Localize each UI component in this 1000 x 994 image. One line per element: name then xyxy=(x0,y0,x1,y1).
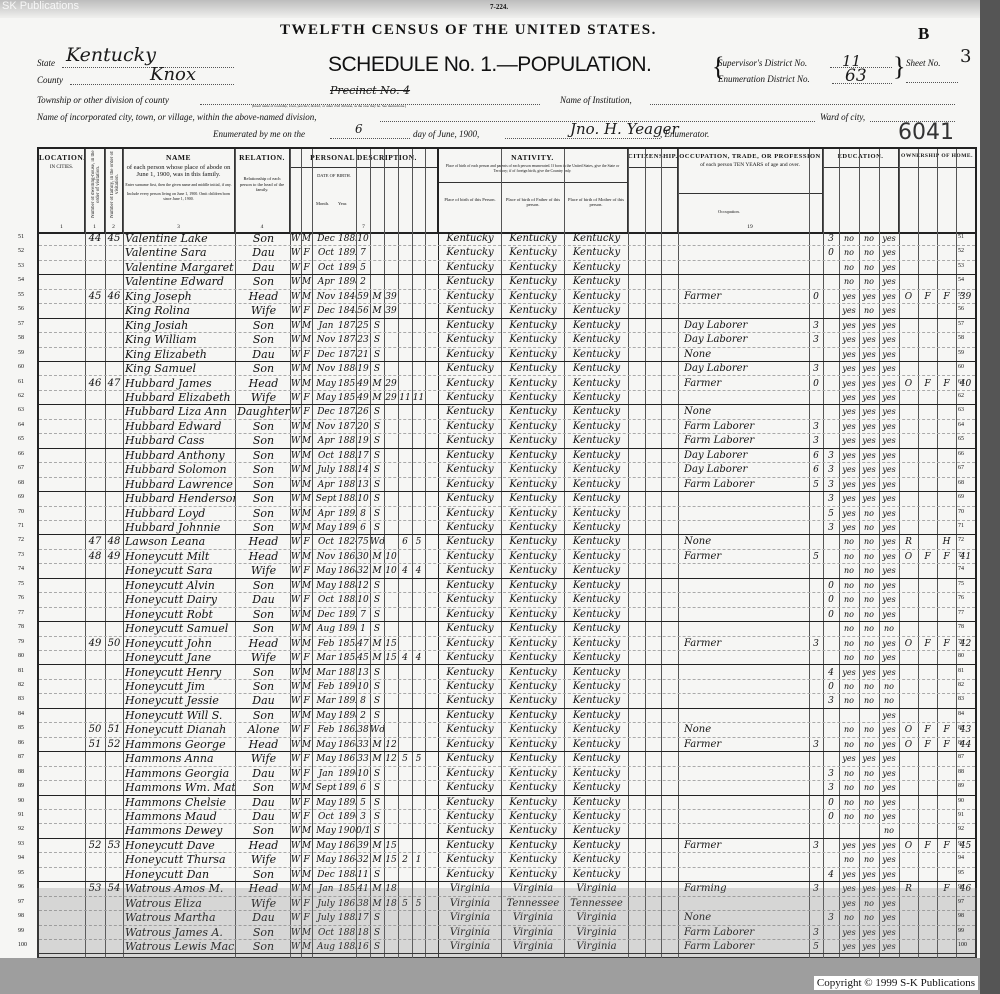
cell-unemp: 3 xyxy=(809,434,823,447)
cell-ym: 15 xyxy=(384,637,398,650)
table-row: Hammons MaudDauWFOct18963SKentuckyKentuc… xyxy=(39,810,975,824)
cell-free: F xyxy=(918,839,937,852)
cell-month: Nov xyxy=(313,550,339,563)
cell-school xyxy=(823,261,839,274)
cell-pobf: Kentucky xyxy=(502,796,564,809)
cell-dwelling xyxy=(85,911,105,924)
cell-age: 1 xyxy=(356,622,370,635)
cell-mo xyxy=(398,275,412,288)
cell-occ: None xyxy=(684,723,809,736)
cell-relation: Son xyxy=(237,579,290,592)
line-number: 83 xyxy=(18,696,24,702)
cell-read: no xyxy=(839,738,859,751)
line-number: 94 xyxy=(18,855,24,861)
cell-pobf: Kentucky xyxy=(502,521,564,534)
cell-occ xyxy=(684,680,809,693)
cell-free xyxy=(918,926,937,939)
cell-pob: Kentucky xyxy=(439,420,501,433)
cell-farm xyxy=(937,434,956,447)
cell-color: W xyxy=(290,521,301,534)
cell-school xyxy=(823,304,839,317)
cell-marital: M xyxy=(370,738,384,751)
cell-occ xyxy=(684,246,809,259)
cell-age: 5 xyxy=(356,796,370,809)
cell-occ xyxy=(684,897,809,910)
cell-month: Oct xyxy=(313,261,339,274)
cell-name: Hammons Chelsie xyxy=(125,796,235,809)
cell-read: yes xyxy=(839,348,859,361)
cell-pobf: Virginia xyxy=(502,882,564,895)
cell-farm xyxy=(937,781,956,794)
col-number: 1 xyxy=(39,224,84,230)
cell-marital xyxy=(370,261,384,274)
occupation-col-heading: Occupation. xyxy=(718,209,740,214)
cell-month: Apr xyxy=(313,478,339,491)
cell-read: yes xyxy=(839,362,859,375)
cell-marital: S xyxy=(370,608,384,621)
cell-dwelling: 48 xyxy=(85,550,105,563)
cell-read: no xyxy=(839,550,859,563)
cell-ym xyxy=(384,261,398,274)
cell-name: Honeycutt Jane xyxy=(125,651,235,664)
cell-write: no xyxy=(859,275,879,288)
cell-dwelling xyxy=(85,275,105,288)
cell-sex: M xyxy=(301,579,312,592)
cell-dwelling xyxy=(85,319,105,332)
line-number: 96 xyxy=(18,884,24,890)
cell-color: W xyxy=(290,463,301,476)
table-row: 4445Valentine LakeSonWMDec188910Kentucky… xyxy=(39,232,975,246)
cell-month: Jan xyxy=(313,882,339,895)
cell-cl xyxy=(412,579,425,592)
sheet-label: Sheet No. xyxy=(906,58,941,68)
cell-cl xyxy=(412,521,425,534)
cell-pobf: Virginia xyxy=(502,940,564,953)
cell-month: Dec xyxy=(313,304,339,317)
cell-pob: Kentucky xyxy=(439,824,501,837)
cell-school: 0 xyxy=(823,246,839,259)
cell-age: 21 xyxy=(356,348,370,361)
cell-read: yes xyxy=(839,507,859,520)
table-row: Hubbard ElizabethWifeWFMay185149M291111K… xyxy=(39,391,975,405)
cell-own xyxy=(899,463,918,476)
cell-pob: Kentucky xyxy=(439,868,501,881)
cell-pob: Kentucky xyxy=(439,304,501,317)
cell-farm xyxy=(937,911,956,924)
cell-name: Honeycutt Robt xyxy=(125,608,235,621)
cell-color: W xyxy=(290,507,301,520)
cell-pob: Kentucky xyxy=(439,319,501,332)
cell-pob: Kentucky xyxy=(439,608,501,621)
cell-age: 23 xyxy=(356,333,370,346)
cell-pobm: Kentucky xyxy=(565,275,628,288)
cell-marital: S xyxy=(370,680,384,693)
cell-free xyxy=(918,796,937,809)
cell-relation: Head xyxy=(237,637,290,650)
cell-eng: no xyxy=(879,622,899,635)
line-number: 54 xyxy=(18,277,24,283)
cell-dwelling xyxy=(85,853,105,866)
cell-occ xyxy=(684,651,809,664)
cell-family xyxy=(105,926,123,939)
cell-marital: S xyxy=(370,319,384,332)
cell-month: May xyxy=(313,824,339,837)
cell-unemp xyxy=(809,521,823,534)
line-number: 74 xyxy=(18,566,24,572)
line-number: 63 xyxy=(958,407,964,413)
cell-relation: Wife xyxy=(237,391,290,404)
cell-color: W xyxy=(290,319,301,332)
cell-write: no xyxy=(859,680,879,693)
cell-age: 10 xyxy=(356,232,370,245)
cell-family xyxy=(105,651,123,664)
cell-relation: Son xyxy=(237,868,290,881)
cell-sex: M xyxy=(301,478,312,491)
cell-free xyxy=(918,478,937,491)
cell-pob: Kentucky xyxy=(439,405,501,418)
line-number: 90 xyxy=(18,798,24,804)
cell-year: 1892 xyxy=(338,608,356,621)
cell-name: Hammons Wm. Matt xyxy=(125,781,235,794)
cell-cl: 5 xyxy=(412,535,425,548)
cell-month: Sept xyxy=(313,781,339,794)
cell-free xyxy=(918,608,937,621)
cell-read: no xyxy=(839,579,859,592)
cell-marital: M xyxy=(370,752,384,765)
cell-pob: Kentucky xyxy=(439,521,501,534)
cell-family xyxy=(105,796,123,809)
cell-occ: None xyxy=(684,348,809,361)
cell-own xyxy=(899,752,918,765)
cell-name: Honeycutt Milt xyxy=(125,550,235,563)
cell-month: May xyxy=(313,752,339,765)
cell-pobm: Kentucky xyxy=(565,564,628,577)
cell-dwelling: 52 xyxy=(85,839,105,852)
cell-occ: None xyxy=(684,535,809,548)
cell-cl xyxy=(412,420,425,433)
cell-write xyxy=(859,709,879,722)
cell-color: W xyxy=(290,608,301,621)
cell-read: no xyxy=(839,767,859,780)
cell-free xyxy=(918,752,937,765)
cell-read: yes xyxy=(839,666,859,679)
cell-year: 1873 xyxy=(338,405,356,418)
cell-eng: yes xyxy=(879,723,899,736)
cell-year: 1890 xyxy=(338,680,356,693)
cell-unemp xyxy=(809,853,823,866)
cell-farm xyxy=(937,752,956,765)
cell-ym xyxy=(384,507,398,520)
cell-marital: S xyxy=(370,926,384,939)
cell-eng: no xyxy=(879,680,899,693)
occupation-subheading: of each person TEN YEARS of age and over… xyxy=(678,160,822,171)
cell-free xyxy=(918,275,937,288)
cell-sex: M xyxy=(301,521,312,534)
cell-year: 1859 xyxy=(338,882,356,895)
cell-color: W xyxy=(290,535,301,548)
cell-write: no xyxy=(859,781,879,794)
cell-year: 1894 xyxy=(338,261,356,274)
cell-school: 3 xyxy=(823,694,839,707)
cell-own xyxy=(899,507,918,520)
cell-month: May xyxy=(313,377,339,390)
cell-school: 4 xyxy=(823,666,839,679)
cell-pob: Kentucky xyxy=(439,391,501,404)
col-family: Number of family, in the order of visita… xyxy=(105,149,123,232)
cell-read: yes xyxy=(839,926,859,939)
cell-eng: yes xyxy=(879,492,899,505)
line-number: 72 xyxy=(18,537,24,543)
cell-mo: 4 xyxy=(398,651,412,664)
cell-family xyxy=(105,622,123,635)
cell-age: 41 xyxy=(356,882,370,895)
cell-eng: yes xyxy=(879,926,899,939)
cell-unemp xyxy=(809,261,823,274)
cell-year: 1889 xyxy=(338,492,356,505)
cell-name: King Joseph xyxy=(125,290,235,303)
cell-name: Honeycutt John xyxy=(125,637,235,650)
cell-pobf: Kentucky xyxy=(502,738,564,751)
line-number: 92 xyxy=(958,826,964,832)
cell-own xyxy=(899,680,918,693)
cell-occ: Farm Laborer xyxy=(684,434,809,447)
cell-pob: Kentucky xyxy=(439,853,501,866)
line-number: 52 xyxy=(18,248,24,254)
cell-own xyxy=(899,261,918,274)
cell-read: no xyxy=(839,651,859,664)
cell-pob: Kentucky xyxy=(439,666,501,679)
cell-name: King William xyxy=(125,333,235,346)
cell-family xyxy=(105,781,123,794)
cell-eng: yes xyxy=(879,507,899,520)
cell-own xyxy=(899,666,918,679)
cell-eng: yes xyxy=(879,333,899,346)
cell-family xyxy=(105,449,123,462)
cell-pobf: Kentucky xyxy=(502,810,564,823)
cell-write: yes xyxy=(859,868,879,881)
cell-age: 5 xyxy=(356,261,370,274)
cell-age: 8 xyxy=(356,694,370,707)
cell-pobf: Kentucky xyxy=(502,232,564,245)
cell-cl xyxy=(412,333,425,346)
cell-write: no xyxy=(859,232,879,245)
cell-mo xyxy=(398,608,412,621)
cell-cl xyxy=(412,275,425,288)
col-group-citizenship: CITIZENSHIP. xyxy=(628,149,678,232)
cell-cl xyxy=(412,608,425,621)
cell-dwelling xyxy=(85,521,105,534)
cell-read: no xyxy=(839,723,859,736)
cell-occ xyxy=(684,694,809,707)
cell-family xyxy=(105,420,123,433)
cell-unemp xyxy=(809,680,823,693)
cell-pobf: Kentucky xyxy=(502,420,564,433)
cell-year: 1885 xyxy=(338,463,356,476)
table-row: Honeycutt JaneWifeWFMar185545M1544Kentuc… xyxy=(39,651,975,665)
cell-occ: Day Laborer xyxy=(684,362,809,375)
cell-sex: F xyxy=(301,246,312,259)
cell-eng: yes xyxy=(879,348,899,361)
table-row: Honeycutt SaraWifeWFMay186832M1044Kentuc… xyxy=(39,564,975,578)
cell-write: yes xyxy=(859,463,879,476)
cell-ym xyxy=(384,940,398,953)
cell-relation: Head xyxy=(237,377,290,390)
cell-write: yes xyxy=(859,926,879,939)
cell-farm xyxy=(937,824,956,837)
table-row: Hubbard LawrenceSonWMApr188713SKentuckyK… xyxy=(39,478,975,492)
cell-free xyxy=(918,246,937,259)
cell-pobm: Kentucky xyxy=(565,796,628,809)
cell-read: yes xyxy=(839,492,859,505)
cell-marital: S xyxy=(370,781,384,794)
cell-write: yes xyxy=(859,478,879,491)
cell-read: yes xyxy=(839,449,859,462)
cell-pob: Kentucky xyxy=(439,275,501,288)
cell-farm xyxy=(937,420,956,433)
cell-pob: Kentucky xyxy=(439,290,501,303)
cell-month: Oct xyxy=(313,593,339,606)
cell-farm xyxy=(937,449,956,462)
cell-own xyxy=(899,449,918,462)
cell-free xyxy=(918,651,937,664)
cell-family xyxy=(105,492,123,505)
cell-pobm: Kentucky xyxy=(565,738,628,751)
cell-sex: F xyxy=(301,651,312,664)
cell-family xyxy=(105,463,123,476)
cell-year: 1880 xyxy=(338,362,356,375)
cell-read: no xyxy=(839,608,859,621)
line-number: 59 xyxy=(958,350,964,356)
cell-own xyxy=(899,564,918,577)
cell-name: Honeycutt Thursa xyxy=(125,853,235,866)
cell-month: May xyxy=(313,738,339,751)
cell-dwelling xyxy=(85,333,105,346)
cell-sex: M xyxy=(301,868,312,881)
cell-month: Feb xyxy=(313,680,339,693)
cell-color: W xyxy=(290,767,301,780)
cell-color: W xyxy=(290,550,301,563)
table-row: Hammons ChelsieDauWFMay18955SKentuckyKen… xyxy=(39,796,975,810)
cell-sex: M xyxy=(301,319,312,332)
table-row: Honeycutt Will S.SonWMMay18982SKentuckyK… xyxy=(39,709,975,723)
cell-color: W xyxy=(290,911,301,924)
cell-ym xyxy=(384,608,398,621)
cell-marital: M xyxy=(370,853,384,866)
cell-year: 1868 xyxy=(338,564,356,577)
cell-write xyxy=(859,824,879,837)
cell-school xyxy=(823,550,839,563)
cell-age: 16 xyxy=(356,940,370,953)
table-row: Honeycutt JimSonWMFeb189010SKentuckyKent… xyxy=(39,680,975,694)
cell-year: 1875 xyxy=(338,319,356,332)
enumerator-label: , Enumerator. xyxy=(660,129,709,139)
cell-eng: yes xyxy=(879,897,899,910)
cell-age: 56 xyxy=(356,304,370,317)
cell-mo xyxy=(398,348,412,361)
cell-mo xyxy=(398,290,412,303)
table-row: 5354Watrous Amos M.HeadWMJan185941M18Vir… xyxy=(39,882,975,896)
cell-relation: Head xyxy=(237,535,290,548)
cell-color: W xyxy=(290,723,301,736)
table-row: Watrous ElizaWifeWFJuly186138M1855Virgin… xyxy=(39,897,975,911)
cell-pobm: Kentucky xyxy=(565,290,628,303)
cell-own: R xyxy=(899,882,918,895)
cell-farm xyxy=(937,492,956,505)
cell-relation: Son xyxy=(237,319,290,332)
cell-marital: S xyxy=(370,709,384,722)
table-row: 4849Honeycutt MiltHeadWMNov186930M10Kent… xyxy=(39,550,975,564)
cell-write: no xyxy=(859,694,879,707)
cell-pobm: Kentucky xyxy=(565,810,628,823)
cell-year: 1840 xyxy=(338,290,356,303)
cell-relation: Son xyxy=(237,275,290,288)
cell-school xyxy=(823,940,839,953)
cell-own xyxy=(899,348,918,361)
cell-pob: Kentucky xyxy=(439,694,501,707)
cell-cl xyxy=(412,362,425,375)
cell-write: no xyxy=(859,723,879,736)
cell-month: Oct xyxy=(313,449,339,462)
cell-mo xyxy=(398,680,412,693)
cell-pobf: Kentucky xyxy=(502,463,564,476)
year-heading: Year. xyxy=(338,201,347,206)
cell-cl xyxy=(412,810,425,823)
cell-own xyxy=(899,709,918,722)
cell-relation: Son xyxy=(237,492,290,505)
cell-write: yes xyxy=(859,348,879,361)
cell-dwelling xyxy=(85,868,105,881)
cell-pobm: Virginia xyxy=(565,882,628,895)
state-line xyxy=(62,67,234,68)
cell-month: Nov xyxy=(313,333,339,346)
cell-age: 33 xyxy=(356,738,370,751)
table-row: 5253Honeycutt DaveHeadWMMay186139M15Kent… xyxy=(39,839,975,853)
name-note-1: Enter surname first, then the given name… xyxy=(123,180,234,189)
line-number: 98 xyxy=(18,913,24,919)
cell-school: 3 xyxy=(823,767,839,780)
cell-mo xyxy=(398,723,412,736)
cell-unemp: 3 xyxy=(809,839,823,852)
col-number: 19 xyxy=(678,224,822,230)
cell-ym xyxy=(384,492,398,505)
cell-cl: 4 xyxy=(412,651,425,664)
cell-ym xyxy=(384,463,398,476)
cell-dwelling xyxy=(85,666,105,679)
cell-mo xyxy=(398,637,412,650)
cell-own xyxy=(899,521,918,534)
cell-relation: Wife xyxy=(237,853,290,866)
cell-year: 1900 xyxy=(338,824,356,837)
cell-ym xyxy=(384,911,398,924)
cell-mo xyxy=(398,622,412,635)
cell-farm xyxy=(937,767,956,780)
cell-cl xyxy=(412,926,425,939)
cell-unemp: 3 xyxy=(809,319,823,332)
cell-color: W xyxy=(290,940,301,953)
cell-occ xyxy=(684,608,809,621)
table-row: Hammons DeweySonWMMay19000/12SKentuckyKe… xyxy=(39,824,975,838)
cell-write: yes xyxy=(859,290,879,303)
cell-pobf: Kentucky xyxy=(502,709,564,722)
line-number: 55 xyxy=(958,292,964,298)
cell-mo xyxy=(398,304,412,317)
cell-pobm: Kentucky xyxy=(565,767,628,780)
cell-free xyxy=(918,449,937,462)
cell-occ xyxy=(684,391,809,404)
pob-person-heading: Place of birth of this Person. xyxy=(442,197,498,202)
cell-pobm: Kentucky xyxy=(565,579,628,592)
line-number: 73 xyxy=(18,552,24,558)
